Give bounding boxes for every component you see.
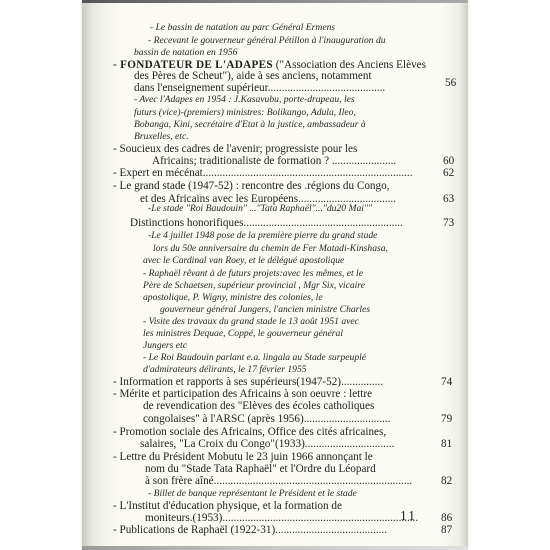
toc-entry: les ministres Dequae, Coppé, le gouverne… xyxy=(143,328,343,340)
toc-entry: dans l'enseignement supérieur...........… xyxy=(134,82,443,94)
toc-entry: des Pères de Scheut"), aide à ses ancien… xyxy=(134,70,372,82)
toc-entry: Père de Schaetsen, supérieur provincial … xyxy=(143,280,365,292)
toc-entry: moniteurs.(1953)........................… xyxy=(145,512,439,524)
page-bottom-edge xyxy=(82,546,468,550)
toc-entry: lors du 50e anniversaire du chemin de Fe… xyxy=(153,243,388,255)
toc-page-ref: 82 xyxy=(441,475,452,487)
page-top-edge xyxy=(82,0,468,3)
toc-entry: - Expert en mécénat.....................… xyxy=(113,167,441,179)
toc-page-ref: 87 xyxy=(441,524,452,536)
toc-entry: - Visite des travaux du grand stade le 1… xyxy=(143,316,359,328)
toc-entry: avec le Cardinal van Roey, et le délégué… xyxy=(143,255,344,267)
toc-entry: - Promotion sociale des Africains, Offic… xyxy=(113,426,386,438)
toc-entry: Bruxelles, etc. xyxy=(134,131,189,143)
toc-entry: - Le grand stade (1947-52) : rencontre d… xyxy=(113,180,390,192)
toc-entry: -Le stade "Roi Baudouin" ..."Tata Raphaë… xyxy=(148,203,372,215)
toc-page-ref: 86 xyxy=(441,512,452,524)
toc-entry: d'admirateurs délirants, le 17 février 1… xyxy=(143,364,307,376)
toc-entry: - Publications de Raphaël (1922-31).....… xyxy=(113,524,439,536)
toc-entry: - Soucieux des cadres de l'avenir; progr… xyxy=(113,143,357,155)
toc-entry: -Le 4 juillet 1948 pose de la première p… xyxy=(148,230,377,242)
toc-entry: - Avec l'Adapes en 1954 : J.Kasavubu, po… xyxy=(134,94,355,106)
toc-entry: bassin de natation en 1956 xyxy=(134,47,237,59)
toc-entry: salaires, "La Croix du Congo"(1933).....… xyxy=(140,438,439,450)
toc-page-ref: 81 xyxy=(441,438,452,450)
toc-entry: Africains; traditionaliste de formation … xyxy=(152,155,441,167)
toc-page-ref: 62 xyxy=(443,167,454,179)
toc-entry: - Billet de banque représentant le Prési… xyxy=(148,488,357,500)
toc-entry: de revendication des "Elèves des écoles … xyxy=(143,400,374,412)
toc-entry: Jungers etc xyxy=(143,340,187,352)
toc-page-ref: 73 xyxy=(443,217,454,229)
toc-entry: - Mérite et participation des Africains … xyxy=(113,388,372,400)
toc-entry: Bobanga, Kini, secrétaire d'Etat à la ju… xyxy=(134,119,366,131)
toc-entry: - Lettre du Président Mobutu le 23 juin … xyxy=(113,451,373,463)
page-number: 11 xyxy=(400,508,417,524)
toc-entry: - Le Roi Baudouin parlant e.a. lingala a… xyxy=(143,352,366,364)
toc-entry: gouverneur général Jungers, l'ancien min… xyxy=(160,304,370,316)
toc-entry: à son frère aîné........................… xyxy=(145,475,439,487)
toc-entry: - Information et rapports à ses supérieu… xyxy=(113,376,439,388)
toc-entry: Distinctions honorifiques...............… xyxy=(130,217,441,229)
toc-entry: - Raphaël rêvant à de futurs projets:ave… xyxy=(143,268,363,280)
toc-entry: congolaises" à l'ARSC (après 1956)......… xyxy=(143,413,439,425)
toc-page-ref: 56 xyxy=(445,77,456,89)
toc-page-ref: 79 xyxy=(441,413,452,425)
toc-entry: - L'Institut d'éducation physique, et la… xyxy=(113,500,342,512)
toc-page-ref: 74 xyxy=(441,376,452,388)
toc-page-ref: 60 xyxy=(443,155,454,167)
toc-entry: futurs (vice)-(premiers) ministres: Boli… xyxy=(134,107,356,119)
toc-entry: - Recevant le gouverneur général Pétillo… xyxy=(148,35,386,47)
toc-page-ref: 63 xyxy=(443,193,454,205)
toc-entry: - Le bassin de natation au parc Général … xyxy=(150,22,335,34)
toc-entry: nom du "Stade Tata Raphaël" et l'Ordre d… xyxy=(145,463,376,475)
toc-entry: apostolique, P. Wigny, ministre des colo… xyxy=(143,292,323,304)
